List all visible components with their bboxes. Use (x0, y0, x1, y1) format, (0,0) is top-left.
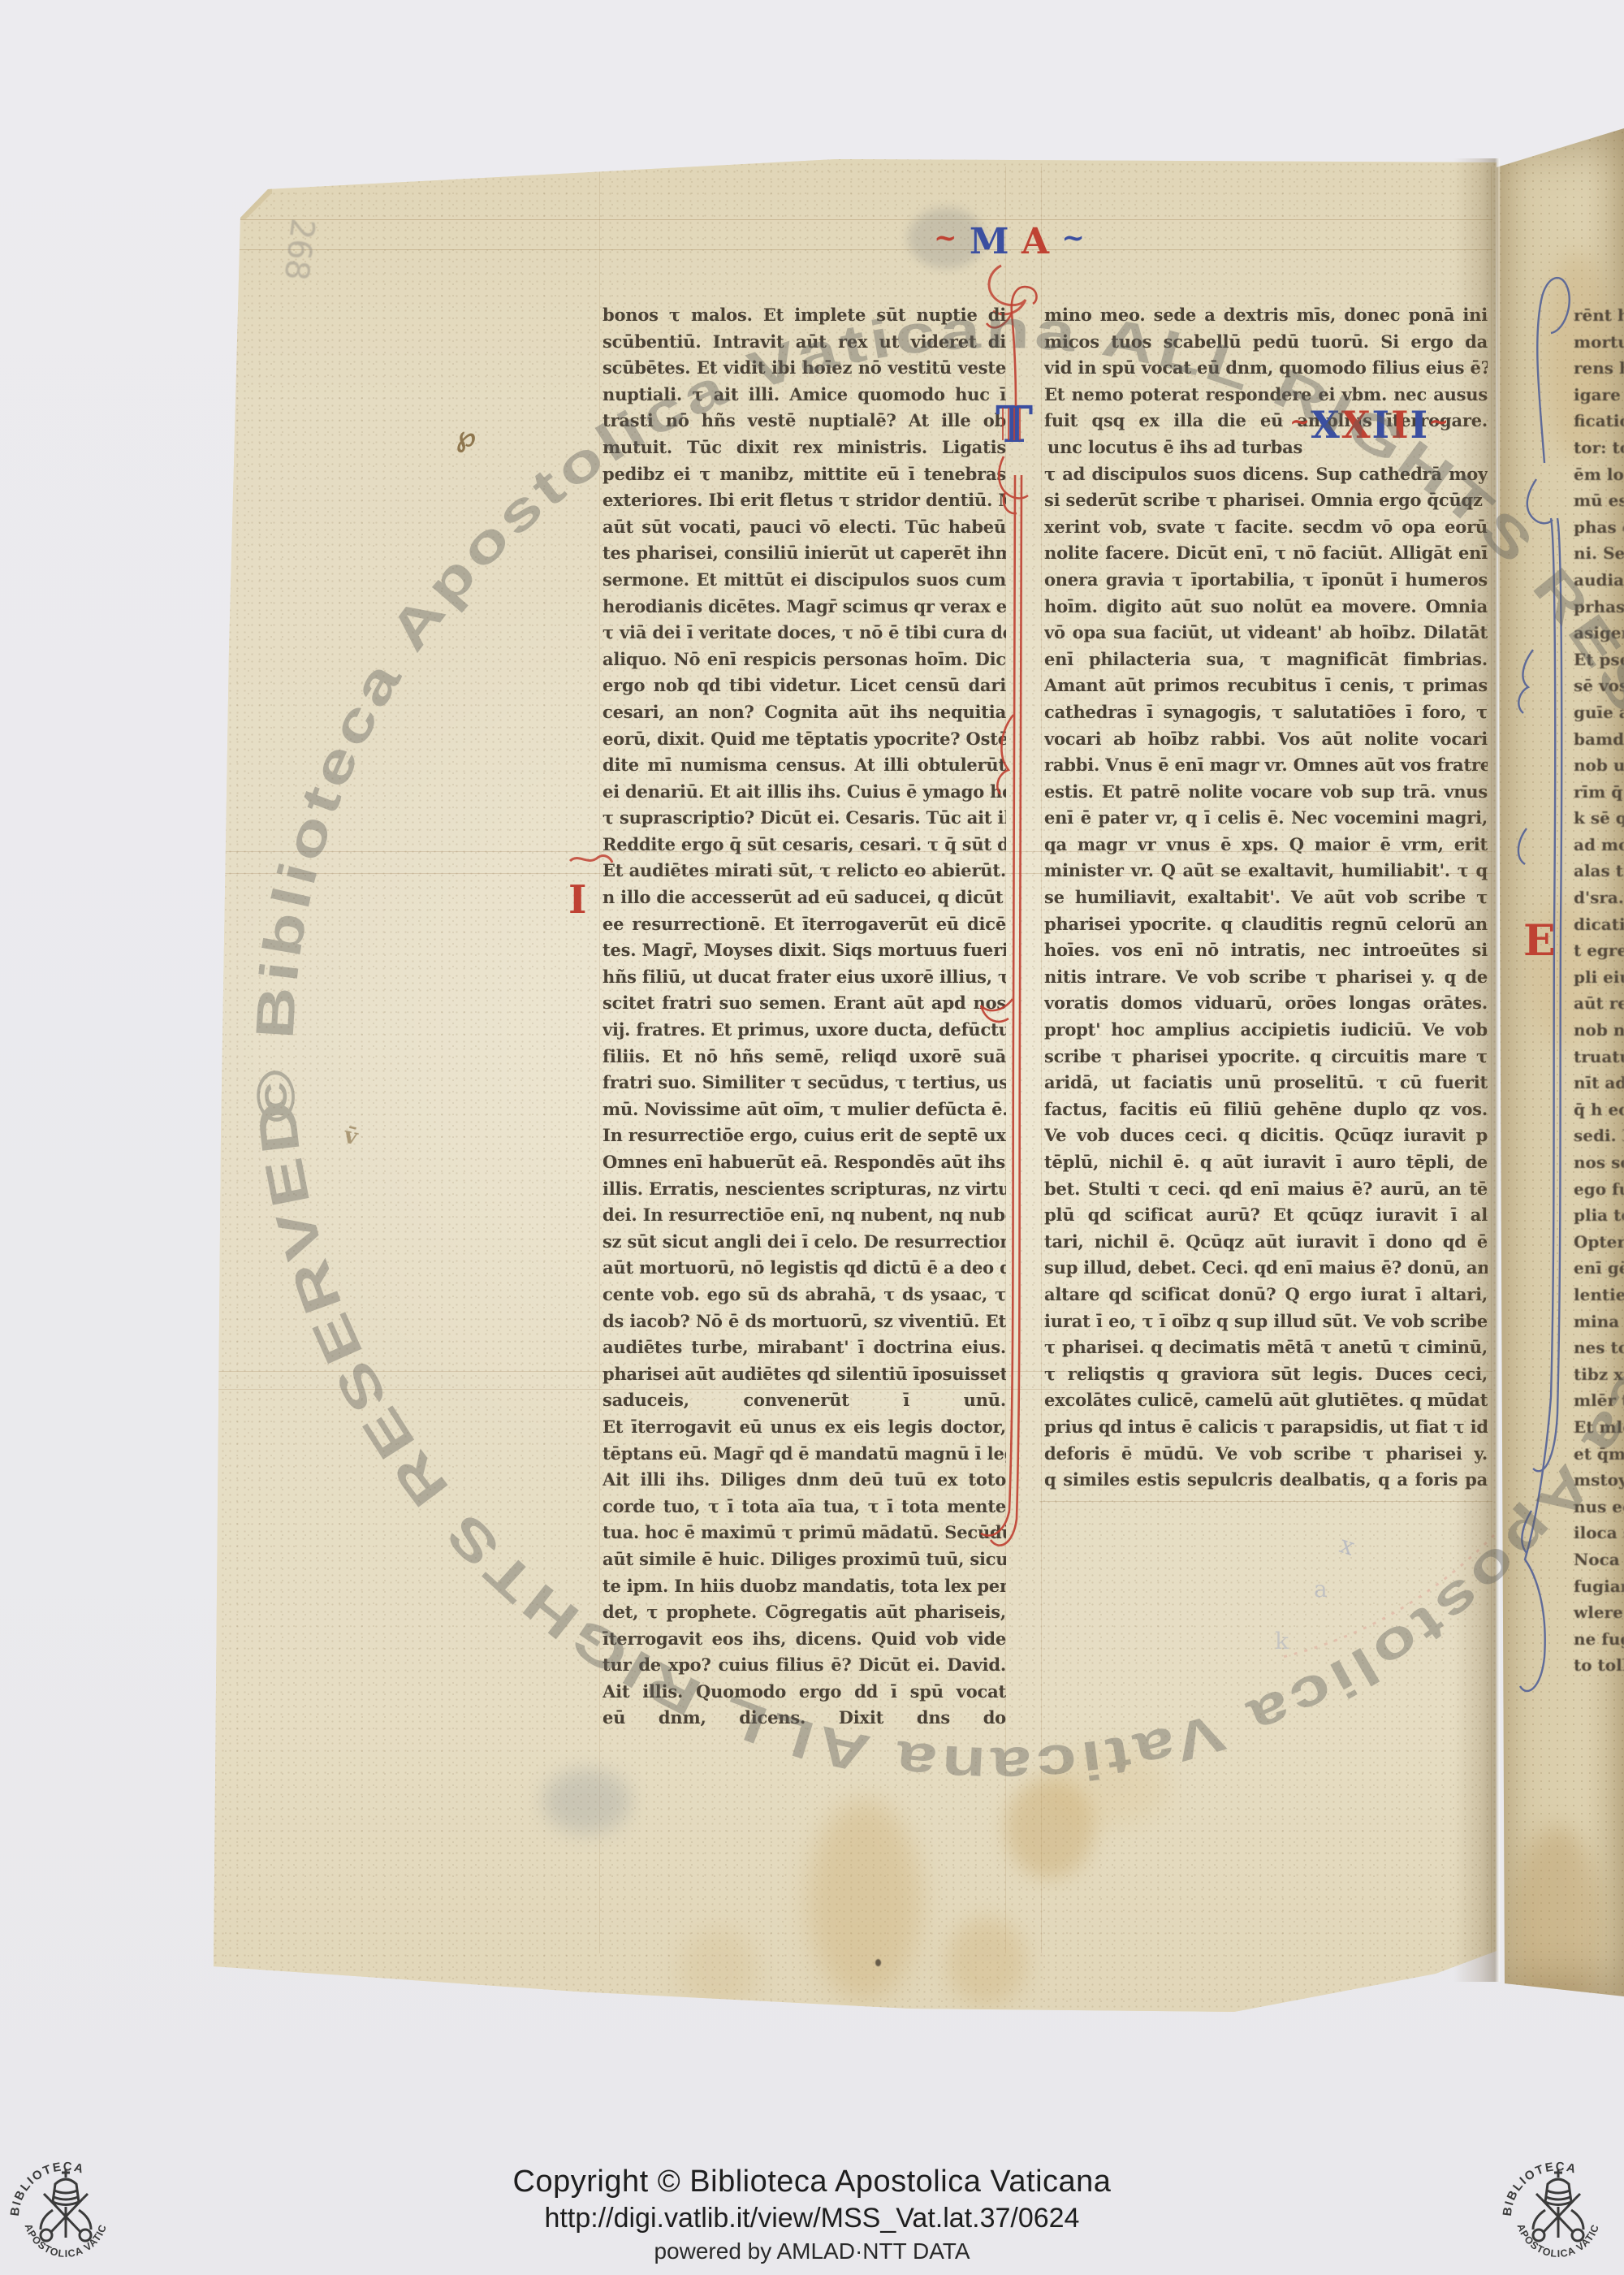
manuscript-line: nitis intrare. Ve vob scribe τ pharisei … (1044, 964, 1488, 991)
manuscript-line: mutuit. Tūc dixit rex ministris. Ligatis (603, 435, 1006, 461)
svg-text:a: a (1314, 1576, 1328, 1602)
manuscript-line: ego fui (1574, 1176, 1624, 1203)
illuminated-initial-E: E (1523, 916, 1556, 966)
manuscript-line: illis. Erratis, nescientes scripturas, n… (603, 1176, 1006, 1203)
manuscript-line: bonos τ malos. Et implete sūt nuptie di (603, 302, 1006, 329)
manuscript-line: q̄ h ecē. (1574, 1096, 1624, 1123)
footer-bar: BIBLIOTECA APOSTOLICA VATICANA Copyright… (0, 2153, 1624, 2275)
manuscript-line: In resurrectiōe ergo, cuius erit de sept… (603, 1122, 1006, 1149)
manuscript-line: cesari, an non? Cognita aūt ihs nequitia (603, 699, 1006, 726)
manuscript-line: minister vr. Q aūt se exaltavit, humilia… (1044, 858, 1488, 884)
manuscript-line: rīm q̄ oc (1574, 779, 1624, 806)
speck (514, 120, 521, 128)
manuscript-line: nob uer (1574, 752, 1624, 779)
manuscript-line: vij. fratres. Et primus, uxore ducta, de… (603, 1017, 1006, 1044)
manuscript-line: audiētes turbe, mirabant' ī doctrina eiu… (603, 1334, 1006, 1361)
manuscript-line: Omnes enī habuerūt eā. Respondēs aūt ihs… (603, 1149, 1006, 1176)
illuminated-initial-T: T (996, 395, 1033, 454)
stain (946, 1917, 1027, 2006)
manuscript-line: Et īterrogavit eū unus ex eis legis doct… (603, 1414, 1006, 1441)
manuscript-line: tibz xps (1574, 1361, 1624, 1388)
manuscript-line: nīt ad e (1574, 1070, 1624, 1096)
manuscript-line: plia top (1574, 1202, 1624, 1229)
manuscript-line: pharisei aūt audiētes qd silentiū īposui… (603, 1361, 1006, 1388)
manuscript-line: eorū, dixit. Quid me tēptatis ypocrite? … (603, 726, 1006, 753)
manuscript-line: filiis. Et nō hñs semē, reliqd uxorē suā (603, 1044, 1006, 1070)
manuscript-line: truatur. (1574, 1044, 1624, 1070)
illuminated-initial-I: I (568, 877, 586, 923)
vatican-library-logo-right: BIBLIOTECA APOSTOLICA VATICANA (1501, 2156, 1616, 2272)
manuscript-line: ēm loq (1574, 461, 1624, 488)
manuscript-line: et q̄m h (1574, 1441, 1624, 1468)
manuscript-line: rens he (1574, 355, 1624, 382)
manuscript-line: t egrest (1574, 937, 1624, 964)
header-tilde-right: ~ (1061, 222, 1085, 254)
manuscript-line: ficatio (1574, 408, 1624, 435)
manuscript-line: aūt simile ē huic. Diliges proximū tuū, … (603, 1546, 1006, 1573)
manuscript-line: tes pharisei, consiliū inierūt ut caperē… (603, 540, 1006, 567)
manuscript-line: iurat ī eo, τ ī oībz q sup illud sūt. Ve… (1044, 1308, 1488, 1335)
manuscript-line: lentie τ (1574, 1282, 1624, 1308)
manuscript-page: 268 ~ M A ~ ℘ v̄ bonos τ malos. Et imple… (0, 0, 1624, 2275)
chapter-letter: X (1341, 403, 1371, 447)
manuscript-line: Amant aūt primos recubitus ī cenis, τ pr… (1044, 673, 1488, 699)
manuscript-line: pharisei ypocrite. q clauditis regnū cel… (1044, 911, 1488, 938)
stain (1005, 1777, 1095, 1879)
manuscript-line: dei. In resurrectiōe enī, nq nubent, nq … (603, 1202, 1006, 1229)
chapter-letter: I (1410, 403, 1428, 447)
manuscript-line: igare τ (1574, 382, 1624, 409)
ruling-line (1039, 1501, 1492, 1502)
manuscript-line: propt' hoc amplius accipietis iudiciū. V… (1044, 1017, 1488, 1044)
manuscript-line: sz sūt sicut angli dei ī celo. De resurr… (603, 1229, 1006, 1256)
manuscript-line: scūbentiū. Intravit aūt rex ut videret d… (603, 329, 1006, 356)
manuscript-line: aūt resp (1574, 990, 1624, 1017)
header-flourish (978, 264, 1076, 329)
ruling-line (599, 167, 600, 1953)
marginal-nota-mark: v̄ (342, 1122, 361, 1151)
papal-keys-tiara-emblem (41, 2169, 91, 2241)
manuscript-line: ne fuga (1574, 1626, 1624, 1653)
manuscript-line: tur de xpo? cuius filius ē? Dicūt ei. Da… (603, 1652, 1006, 1679)
manuscript-line: guīe ab (1574, 699, 1624, 726)
manuscript-line: Et audiētes mirati sūt, τ relicto eo abi… (603, 858, 1006, 884)
manuscript-line: rēnt h (1574, 302, 1624, 329)
ruling-line (1041, 167, 1042, 1953)
manuscript-line: mina fē (1574, 1308, 1624, 1335)
manuscript-line: prius qd intus ē calicis τ parapsidis, u… (1044, 1414, 1488, 1441)
manuscript-line: īterrogavit eos ihs, dicens. Quid vob vi… (603, 1626, 1006, 1653)
ruling-line (218, 219, 1492, 220)
stain (808, 1799, 922, 2002)
manuscript-line: Noca cā (1574, 1546, 1624, 1573)
manuscript-line: tēptans eū. Magr̄ qd ē mandatū magnū ī l… (603, 1441, 1006, 1468)
manuscript-line: scūbētes. Et vidit ibi hoīez nō vestitū … (603, 355, 1006, 382)
manuscript-line: onera gravia τ īportabilia, τ īponūt ī h… (1044, 567, 1488, 594)
manuscript-line: cathedras ī synagogis, τ salutatiōes ī f… (1044, 699, 1488, 726)
manuscript-line: ni. Sed (1574, 540, 1624, 567)
manuscript-line: ergo nob qd tibi videtur. Licet censū da… (603, 673, 1006, 699)
manuscript-line: xerint vob, svate τ facite. secdm vō opa… (1044, 514, 1488, 541)
manuscript-line: herodianis dicētes. Magr̄ scimus qr vera… (603, 594, 1006, 621)
manuscript-line: unc locutus ē ihs ad turbas (1044, 435, 1488, 461)
manuscript-line: se humiliavit, exaltabit'. Ve aūt vob sc… (1044, 884, 1488, 911)
initial-hatching (1002, 408, 1023, 440)
manuscript-line: nus ect (1574, 1494, 1624, 1520)
manuscript-line: τ pharisei. q decimatis mētā τ anetū τ c… (1044, 1334, 1488, 1361)
manuscript-line: aūt mortuorū, nō legistis qd dictū ē a d… (603, 1255, 1006, 1282)
ruling-line (1005, 167, 1006, 1953)
manuscript-line: Opter e (1574, 1229, 1624, 1256)
manuscript-line: enī ē pater vr, q ī celis ē. Nec vocemin… (1044, 805, 1488, 832)
manuscript-line: iloca sā (1574, 1520, 1624, 1546)
left-text-column: bonos τ malos. Et implete sūt nuptie dis… (603, 302, 1006, 1732)
chapter-letters: XXIII (1310, 403, 1428, 447)
stain (680, 1927, 758, 2012)
manuscript-line: Et nemo poterat respondere ei vbm. nec a… (1044, 382, 1488, 409)
digitized-manuscript-viewer: 268 ~ M A ~ ℘ v̄ bonos τ malos. Et imple… (0, 0, 1624, 2275)
manuscript-line: alas tn (1574, 858, 1624, 884)
papal-keys-tiara-emblem (1533, 2169, 1583, 2241)
manuscript-line: micos tuos scabellū pedū tuorū. Si ergo … (1044, 329, 1488, 356)
manuscript-line: nolite facere. Dicūt enī, τ nō faciūt. A… (1044, 540, 1488, 567)
header-letter-m: M (970, 221, 1009, 262)
manuscript-line: mino meo. sede a dextris mīs, donec ponā… (1044, 302, 1488, 329)
manuscript-line: aridā, ut faciatis unū proselitū. τ cū f… (1044, 1070, 1488, 1096)
manuscript-line: mlēr tīu (1574, 1387, 1624, 1414)
manuscript-line: audiac (1574, 567, 1624, 594)
manuscript-line: tes. Magr̄, Moyses dixit. Siqs mortuus f… (603, 937, 1006, 964)
ink-smudge (542, 1769, 632, 1834)
header-letter-a: A (1021, 221, 1049, 262)
manuscript-line: scitet fratri suo semen. Erant aūt apd n… (603, 990, 1006, 1017)
manuscript-line: aliquo. Nō enī respicis personas hoīm. D… (603, 647, 1006, 673)
ruling-line (218, 873, 1492, 874)
manuscript-line: saduceis, convenerūt ī unū. (603, 1387, 1006, 1414)
manuscript-line: n illo die accesserūt ad eū saducei, q d… (603, 884, 1006, 911)
manuscript-line: si sederūt scribe τ pharisei. Omnia ergo… (1044, 487, 1488, 514)
manuscript-line: dite mī numisma census. At illi obtulerū… (603, 752, 1006, 779)
manuscript-line: Reddite ergo q̄ sūt cesaris, cesari. τ q… (603, 832, 1006, 859)
manuscript-line: fugiant (1574, 1573, 1624, 1600)
manuscript-line: corde tuo, τ ī tota aīa tua, τ ī tota me… (603, 1494, 1006, 1520)
manuscript-line: tor: to (1574, 435, 1624, 461)
red-penwork-flourish (958, 268, 1072, 1584)
ruling-line (218, 1371, 1492, 1372)
manuscript-line: enī gēs (1574, 1255, 1624, 1282)
manuscript-line: Et pseq (1574, 647, 1624, 673)
manuscript-line: plū qd scificat aurū? Et qcūqz iuravit ī… (1044, 1202, 1488, 1229)
ruling-line (218, 851, 1492, 852)
manuscript-line: nes toca (1574, 1334, 1624, 1361)
manuscript-line: sup illud, debet. Ceci. qd enī maius ē? … (1044, 1255, 1488, 1282)
svg-text:x: x (1337, 1530, 1358, 1562)
manuscript-line: mortuo (1574, 329, 1624, 356)
manuscript-line: mū. Novissime aūt oīm, τ mulier defūcta … (603, 1096, 1006, 1123)
manuscript-line: voratis domos viduarū, orōes longas orāt… (1044, 990, 1488, 1017)
manuscript-line: vocari ab hoībz rabbi. Vos aūt nolite vo… (1044, 726, 1488, 753)
manuscript-line: ds iacob? Nō ē ds mortuorū, sz viventiū.… (603, 1308, 1006, 1335)
manuscript-line: Ve vob duces ceci. q dicitis. Qcūqz iura… (1044, 1122, 1488, 1149)
chapter-tilde-left: ~ (1289, 408, 1310, 436)
ruling-line (218, 249, 1492, 250)
red-marginal-squiggle (567, 850, 615, 871)
manuscript-line: bet. Stulti τ ceci. qd enī maius ē? aurū… (1044, 1176, 1488, 1203)
manuscript-line: exteriores. Ibi erit fletus τ stridor de… (603, 487, 1006, 514)
manuscript-line: hñs filiū, ut ducat frater eius uxorē il… (603, 964, 1006, 991)
manuscript-line: prhas τ (1574, 594, 1624, 621)
manuscript-line: wlere te (1574, 1599, 1624, 1626)
manuscript-line: asigene (1574, 620, 1624, 647)
manuscript-line: nob non (1574, 1017, 1624, 1044)
manuscript-line: vid in spū vocat eū dnm, quomodo filius … (1044, 355, 1488, 382)
manuscript-line: dicatis. (1574, 911, 1624, 938)
manuscript-line: fuit qsq ex illa die eū amplius īterroga… (1044, 408, 1488, 435)
manuscript-line: mū est (1574, 487, 1624, 514)
vatican-library-logo-left: BIBLIOTECA APOSTOLICA VATICANA (8, 2156, 123, 2272)
right-text-column: mino meo. sede a dextris mīs, donec ponā… (1044, 302, 1488, 1494)
chapter-tilde-right: ~ (1428, 408, 1449, 436)
manuscript-line: aūt sūt vocati, pauci vō electi. Tūc hab… (603, 514, 1006, 541)
manuscript-line: nos sedu (1574, 1149, 1624, 1176)
manuscript-line: trasti nō hñs vestē nuptialē? At ille ob (603, 408, 1006, 435)
manuscript-line: estis. Et patrē nolite vocare vob sup tr… (1044, 779, 1488, 806)
ruling-line (218, 1389, 1492, 1390)
stain (1513, 1826, 1602, 2037)
manuscript-line: Ait illi ihs. Diliges dnm deū tuū ex tot… (603, 1467, 1006, 1494)
pencil-folio-number: 268 (277, 216, 322, 282)
header-tilde-left: ~ (934, 222, 957, 254)
manuscript-line: pli eius (1574, 964, 1624, 991)
manuscript-line: altare qd scificat donū? Q ergo iurat ī … (1044, 1282, 1488, 1308)
manuscript-line: excolātes culicē, camelū aūt glutiētes. … (1044, 1387, 1488, 1414)
manuscript-line: τ ad discipulos suos dicens. Sup cathedr… (1044, 461, 1488, 488)
next-page-text-fragments: rēnt hmortuorens heigare τficatiotor: to… (1574, 302, 1624, 1679)
manuscript-line: enī philacteria sua, τ magnificāt fimbri… (1044, 647, 1488, 673)
manuscript-line: phas oc (1574, 514, 1624, 541)
manuscript-line: τ suprascriptio? Dicūt ei. Cesaris. Tūc … (603, 805, 1006, 832)
manuscript-line: tēplū, nichil ē. q aūt iuravit ī auro tē… (1044, 1149, 1488, 1176)
manuscript-line: sē vos c (1574, 673, 1624, 699)
footer-url: http://digi.vatlib.it/view/MSS_Vat.lat.3… (132, 2203, 1492, 2234)
svg-text:k: k (1275, 1628, 1289, 1654)
speck (875, 1959, 881, 1966)
manuscript-line: cente vob. ego sū ds abrahā, τ ds ysaac,… (603, 1282, 1006, 1308)
manuscript-line: det, τ prophete. Cōgregatis aūt pharisei… (603, 1599, 1006, 1626)
manuscript-line: hoīes. vos enī nō intratis, nec introeūt… (1044, 937, 1488, 964)
folded-corner (238, 187, 272, 219)
manuscript-line: bamdne (1574, 726, 1624, 753)
manuscript-line: ad modi (1574, 832, 1624, 859)
manuscript-line: pedibz ei τ manibz, mittite eū ī tenebra… (603, 461, 1006, 488)
manuscript-line: sedi. Et (1574, 1122, 1624, 1149)
manuscript-line: τ viā dei ī veritate doces, τ nō ē tibi … (603, 620, 1006, 647)
manuscript-line: ei denariū. Et ait illis ihs. Cuius ē ym… (603, 779, 1006, 806)
manuscript-line: deforis ē mūdū. Ve vob scribe τ pharisei… (1044, 1441, 1488, 1468)
chapter-letter: I (1372, 403, 1390, 447)
manuscript-line: mstoy. A (1574, 1467, 1624, 1494)
manuscript-line: fratri suo. Similiter τ secūdus, τ terti… (603, 1070, 1006, 1096)
footer-powered-by: powered by AMLAD·NTT DATA (132, 2238, 1492, 2264)
manuscript-line: factus, facitis eū filiū gehēne duplo qz… (1044, 1096, 1488, 1123)
manuscript-line: tari, nichil ē. Qcūqz aūt iuravit ī dono… (1044, 1229, 1488, 1256)
manuscript-line: tua. hoc ē maximū τ primū mādatū. Secūdū (603, 1520, 1006, 1546)
page-fold-crease (1453, 158, 1501, 1982)
stain (1047, 1746, 1169, 1827)
manuscript-line: qa magr vr vnus ē xps. Q maior ē vrm, er… (1044, 832, 1488, 859)
manuscript-line: q similes estis sepulcris dealbatis, q a… (1044, 1467, 1488, 1494)
manuscript-line: hoīm. digito aūt suo nolūt ea movere. Om… (1044, 594, 1488, 621)
running-header: ~ M A ~ (934, 221, 1085, 262)
chapter-letter: X (1311, 403, 1340, 447)
manuscript-line: nuptiali. τ ait illi. Amice quomodo huc … (603, 382, 1006, 409)
manuscript-line: Ait illis. Quomodo ergo dd ī spū vocat (603, 1679, 1006, 1706)
manuscript-line: τ reliqstis q graviora sūt legis. Duces … (1044, 1361, 1488, 1388)
footer-copyright: Copyright © Biblioteca Apostolica Vatica… (132, 2165, 1492, 2199)
manuscript-line: d'sra. d (1574, 884, 1624, 911)
footer-text: Copyright © Biblioteca Apostolica Vatica… (132, 2165, 1492, 2264)
manuscript-line: Et mlēr (1574, 1414, 1624, 1441)
manuscript-line: ee resurrectionē. Et īterrogaverūt eū di… (603, 911, 1006, 938)
marginal-paraph-mark: ℘ (456, 421, 476, 453)
manuscript-line: sermone. Et mittūt ei discipulos suos cu… (603, 567, 1006, 594)
manuscript-line: k sē qu (1574, 805, 1624, 832)
chapter-number-xxiii: ~XXIII~ (1289, 403, 1449, 447)
manuscript-line: eū dnm, dicens. Dixit dns do (603, 1705, 1006, 1732)
chapter-letter: I (1391, 403, 1409, 447)
manuscript-line: rabbi. Vnus ē enī magr vr. Omnes aūt vos… (1044, 752, 1488, 779)
ink-smudge (908, 208, 985, 269)
manuscript-line: te ipm. In hiis duobz mandatis, tota lex… (603, 1573, 1006, 1600)
manuscript-line: to tolle (1574, 1652, 1624, 1679)
manuscript-line: vō opa sua faciūt, ut videant' ab hoībz.… (1044, 620, 1488, 647)
manuscript-line: scribe τ pharisei ypocrite. q circuitis … (1044, 1044, 1488, 1070)
